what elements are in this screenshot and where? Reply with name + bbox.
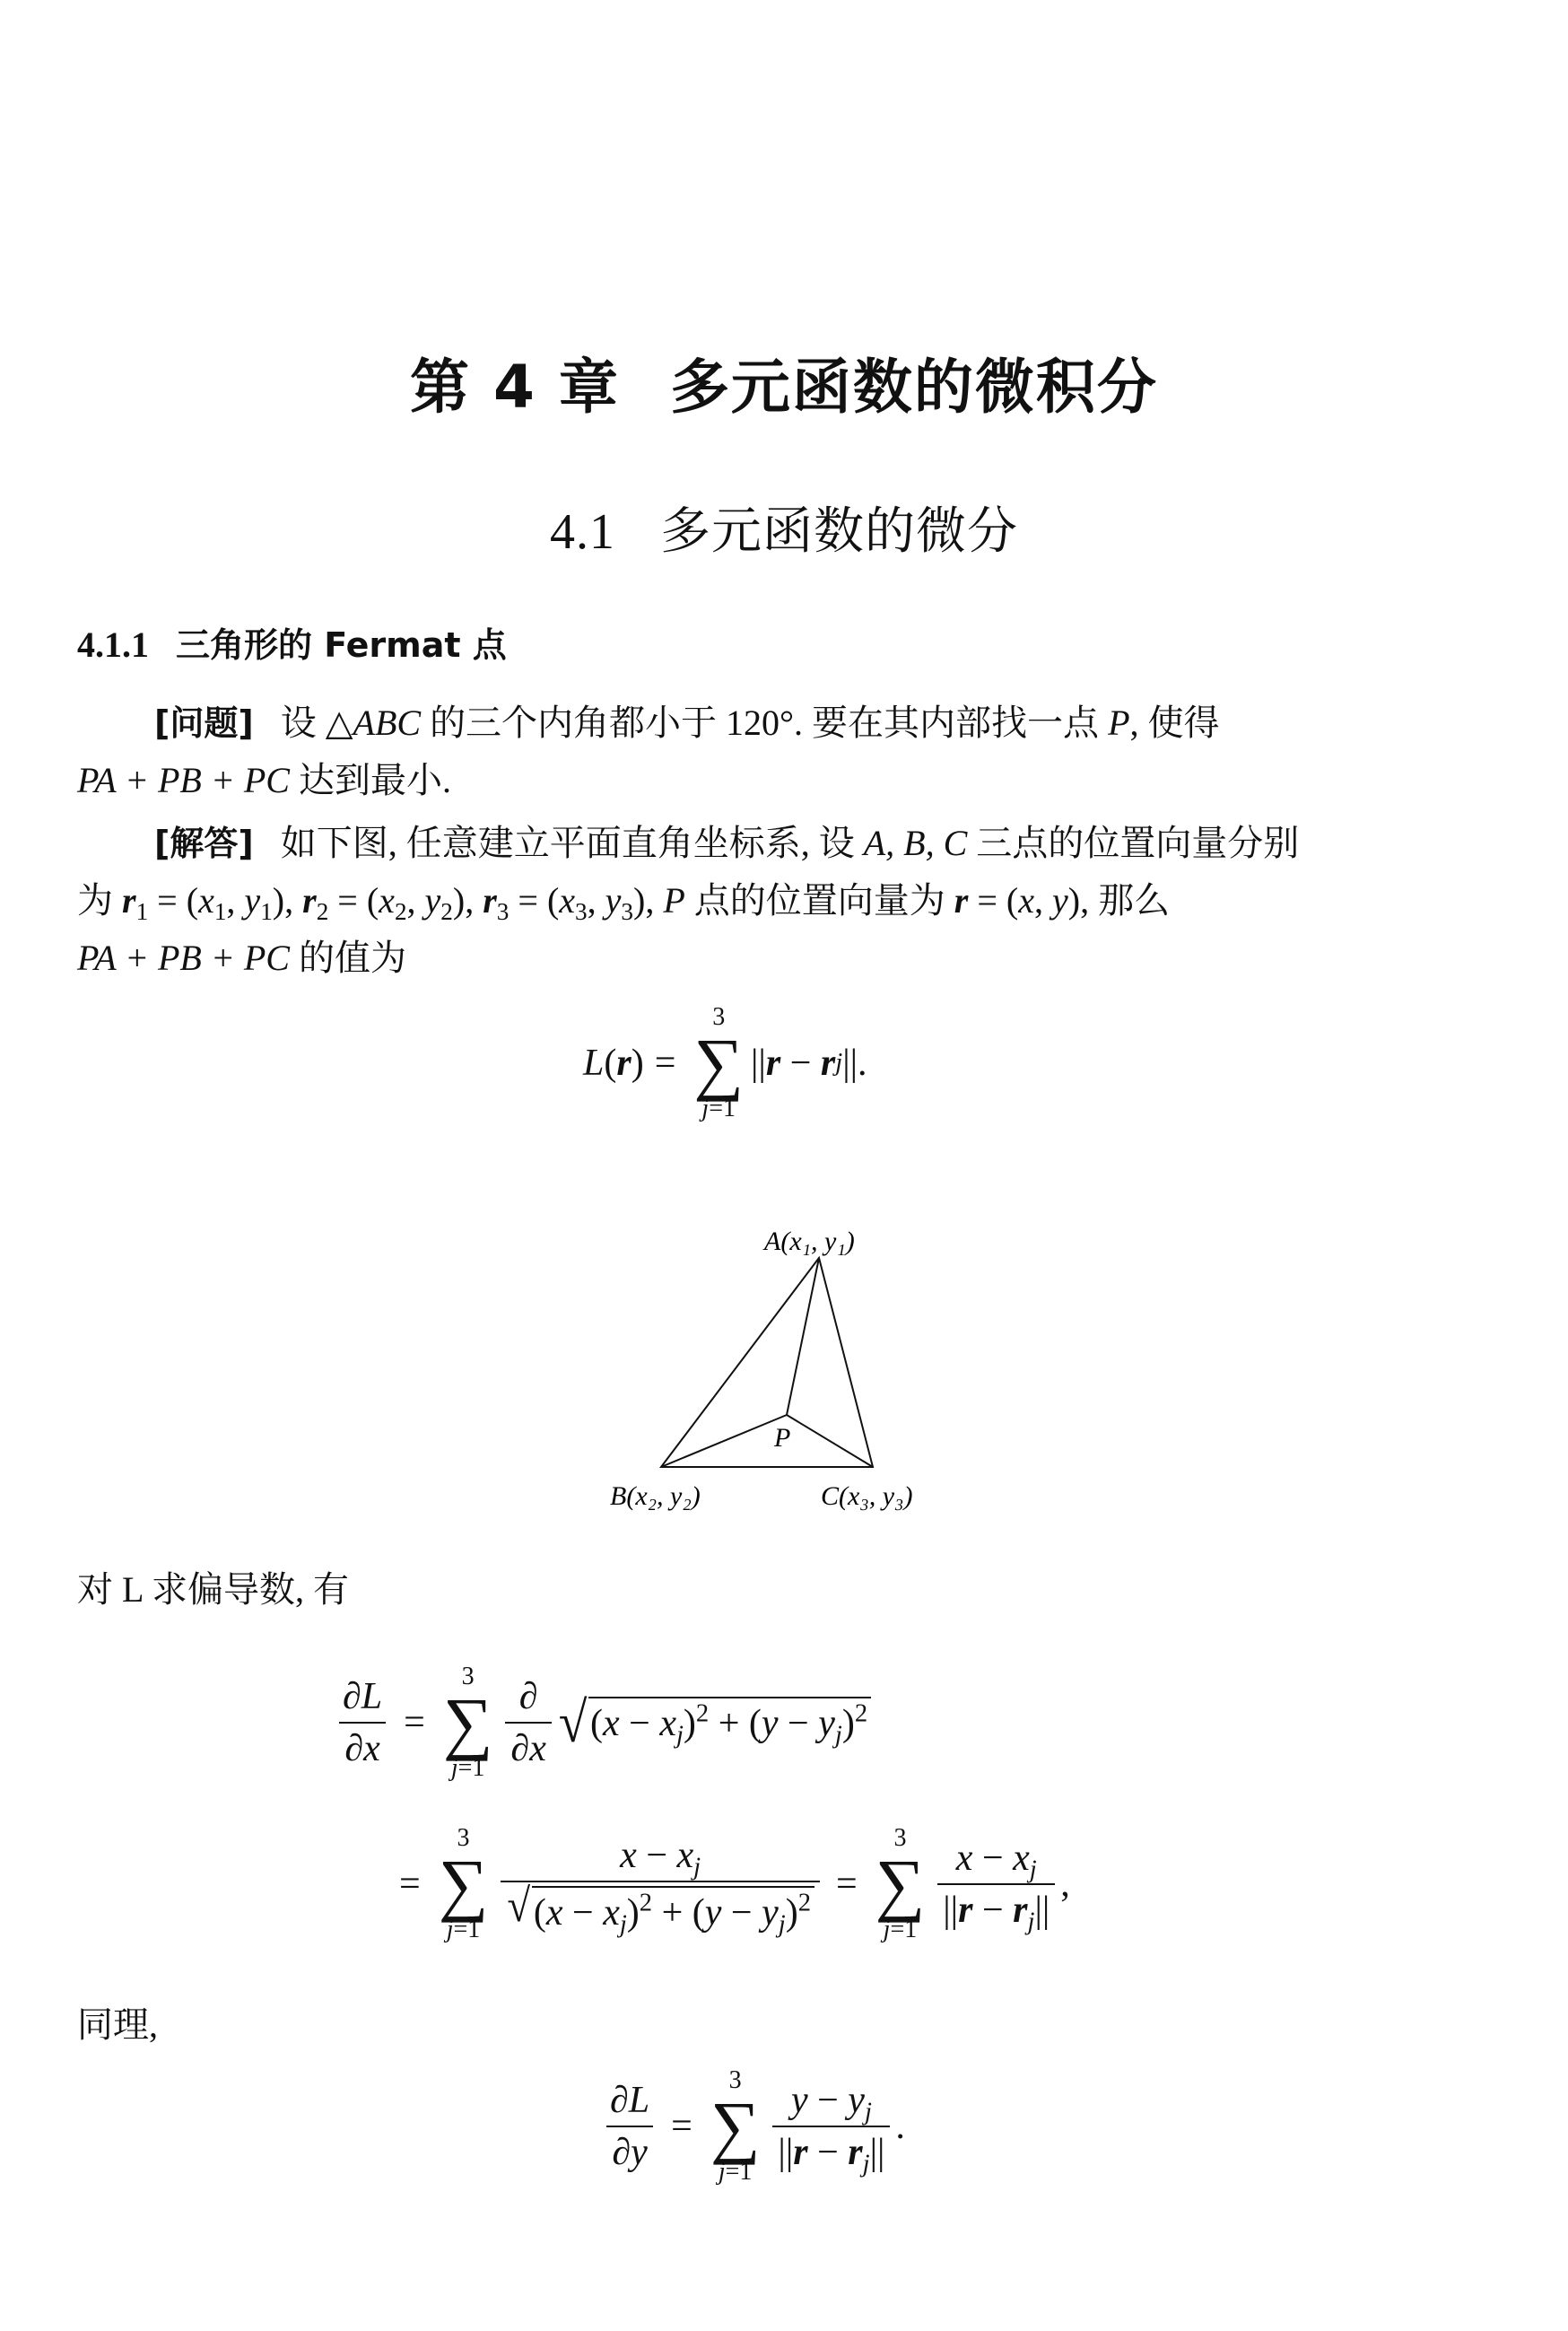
label-p: P (773, 1423, 790, 1453)
triangle-abc-shape (661, 1258, 873, 1467)
label-c: C(x₃, y₃) (821, 1481, 912, 1511)
solution-line-2: 为 r1 = (x1, y1), r2 = (x2, y2), r3 = (x3… (77, 872, 1170, 930)
solution-line-1: [解答] 如下图, 任意建立平面直角坐标系, 设 A, B, C 三点的位置向量… (154, 815, 1299, 872)
segment-pa (787, 1258, 819, 1415)
section-number: 4.1 (550, 504, 615, 560)
subsection-title: 4.1.1三角形的 Fermat 点 (77, 617, 507, 667)
chapter-number: 第 4 章 (410, 353, 620, 422)
triangle-abc: △ABC (326, 703, 421, 743)
text-similarly: 同理, (77, 1996, 158, 2054)
section-title: 4.1多元函数的微分 (0, 492, 1568, 563)
segment-pc (787, 1415, 873, 1467)
equation-dLdx-line2: = 3∑j=1 x − xj√(x − xj)2 + (y − yj)2 = 3… (399, 1826, 1070, 1942)
text-partial-derivative: 对 L 求偏导数, 有 (77, 1561, 349, 1619)
equation-dLdx-line1: ∂L∂x = 3∑j=1 ∂∂x √(x − xj)2 + (y − yj)2 (332, 1664, 871, 1781)
chapter-name: 多元函数的微积分 (670, 353, 1158, 422)
chapter-title: 第 4 章多元函数的微积分 (0, 339, 1568, 424)
problem-line-2: PA + PB + PC 达到最小. (77, 752, 451, 809)
subsection-name: 三角形的 Fermat 点 (176, 625, 507, 665)
triangle-figure: A(x₁, y₁) P B(x₂, y₂) C(x₃, y₃) (592, 1211, 933, 1525)
subsection-number: 4.1.1 (77, 624, 149, 665)
summation: 3∑j=1 (693, 1005, 744, 1122)
section-name: 多元函数的微分 (660, 504, 1018, 560)
solution-line-3: PA + PB + PC 的值为 (77, 930, 406, 987)
solution-tag: [解答] (154, 824, 254, 863)
equation-dLdy: ∂L∂y = 3∑j=1 y − yj||r − rj||. (599, 2068, 905, 2185)
label-a: A(x₁, y₁) (762, 1227, 855, 1256)
problem-tag: [问题] (154, 703, 254, 743)
equation-L-definition: L(r)= 3∑j=1 ||r − rj||. (583, 1005, 867, 1122)
problem-line-1: [问题] 设 △ABC 的三个内角都小于 120°. 要在其内部找一点 P, 使… (154, 694, 1220, 752)
label-b: B(x₂, y₂) (610, 1481, 701, 1511)
